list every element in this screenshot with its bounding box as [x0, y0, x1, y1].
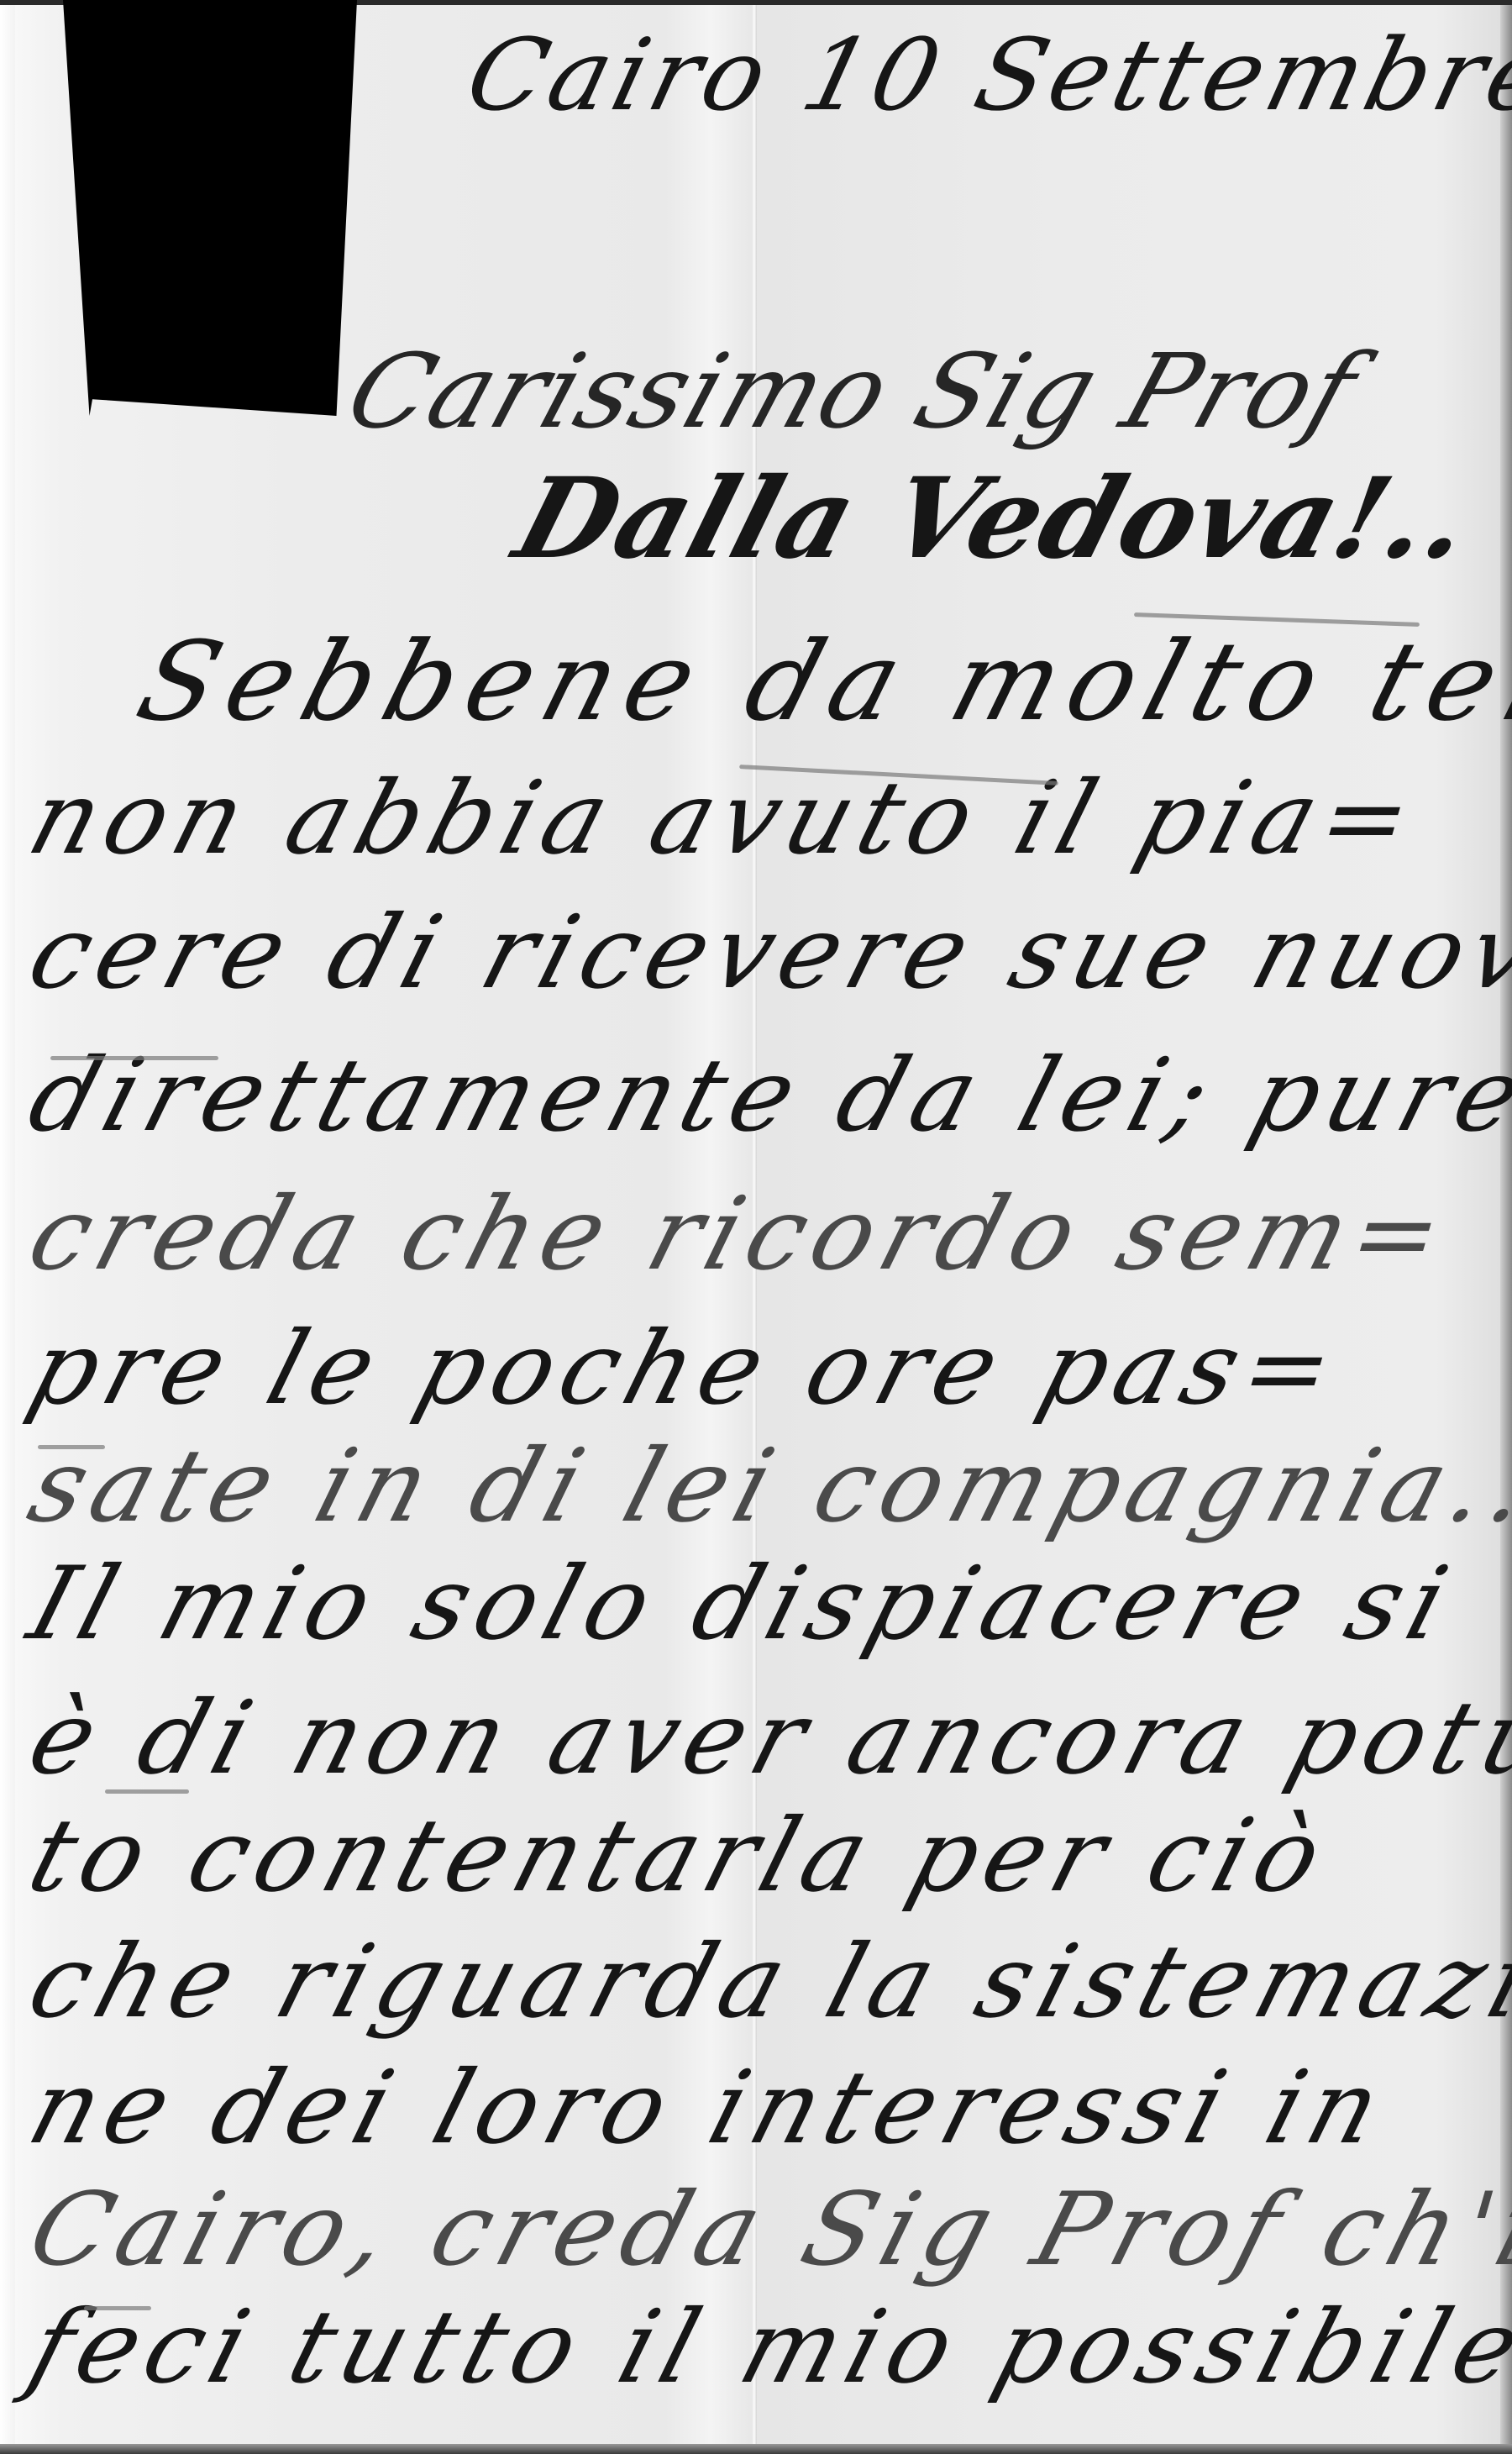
body-line-1: Sebbene da molto tempo — [124, 617, 1512, 745]
page-left-edge — [0, 0, 15, 2454]
scan-bottom-border — [0, 2444, 1512, 2454]
salutation-line-1: Carissimo Sig Prof — [333, 332, 1372, 451]
body-line-8: Il mio solo dispiacere si — [17, 1546, 1467, 1663]
salutation-line-2: Dalla Vedova!.. — [502, 454, 1488, 584]
letter-page: Cairo 10 Settembre 1880 Carissimo Sig Pr… — [0, 0, 1512, 2454]
body-line-6: pre le poche ore pas= — [17, 1311, 1355, 1427]
pen-stroke-contentarla — [105, 1789, 189, 1794]
body-line-11: che riguarda la sistemazio= — [17, 1924, 1512, 2041]
body-line-4: direttamente da lei; pure — [17, 1038, 1512, 1154]
body-line-13: Cairo, creda Sig Prof ch'io — [17, 2172, 1512, 2288]
letter-place-date: Cairo 10 Settembre 1880 — [456, 17, 1512, 133]
body-line-12: ne dei loro interessi in — [17, 2050, 1401, 2167]
body-line-3: cere di ricevere sue nuove — [17, 895, 1512, 1012]
redaction-block — [63, 0, 357, 416]
pen-stroke-sate — [38, 1445, 105, 1449]
body-line-5: creda che ricordo sem= — [17, 1176, 1463, 1293]
pen-stroke-direttamente — [50, 1056, 218, 1060]
body-line-10: to contentarla per ciò — [17, 1798, 1342, 1915]
page-right-edge — [1500, 0, 1512, 2454]
body-line-9: è di non aver ancora potu= — [17, 1680, 1512, 1797]
body-line-7: sate in di lei compagnia.. — [17, 1428, 1512, 1545]
body-line-2: non abbia avuto il pia= — [17, 760, 1432, 877]
body-line-14: feci tutto il mio possibile — [17, 2289, 1512, 2406]
pen-stroke-feci — [84, 2306, 151, 2310]
